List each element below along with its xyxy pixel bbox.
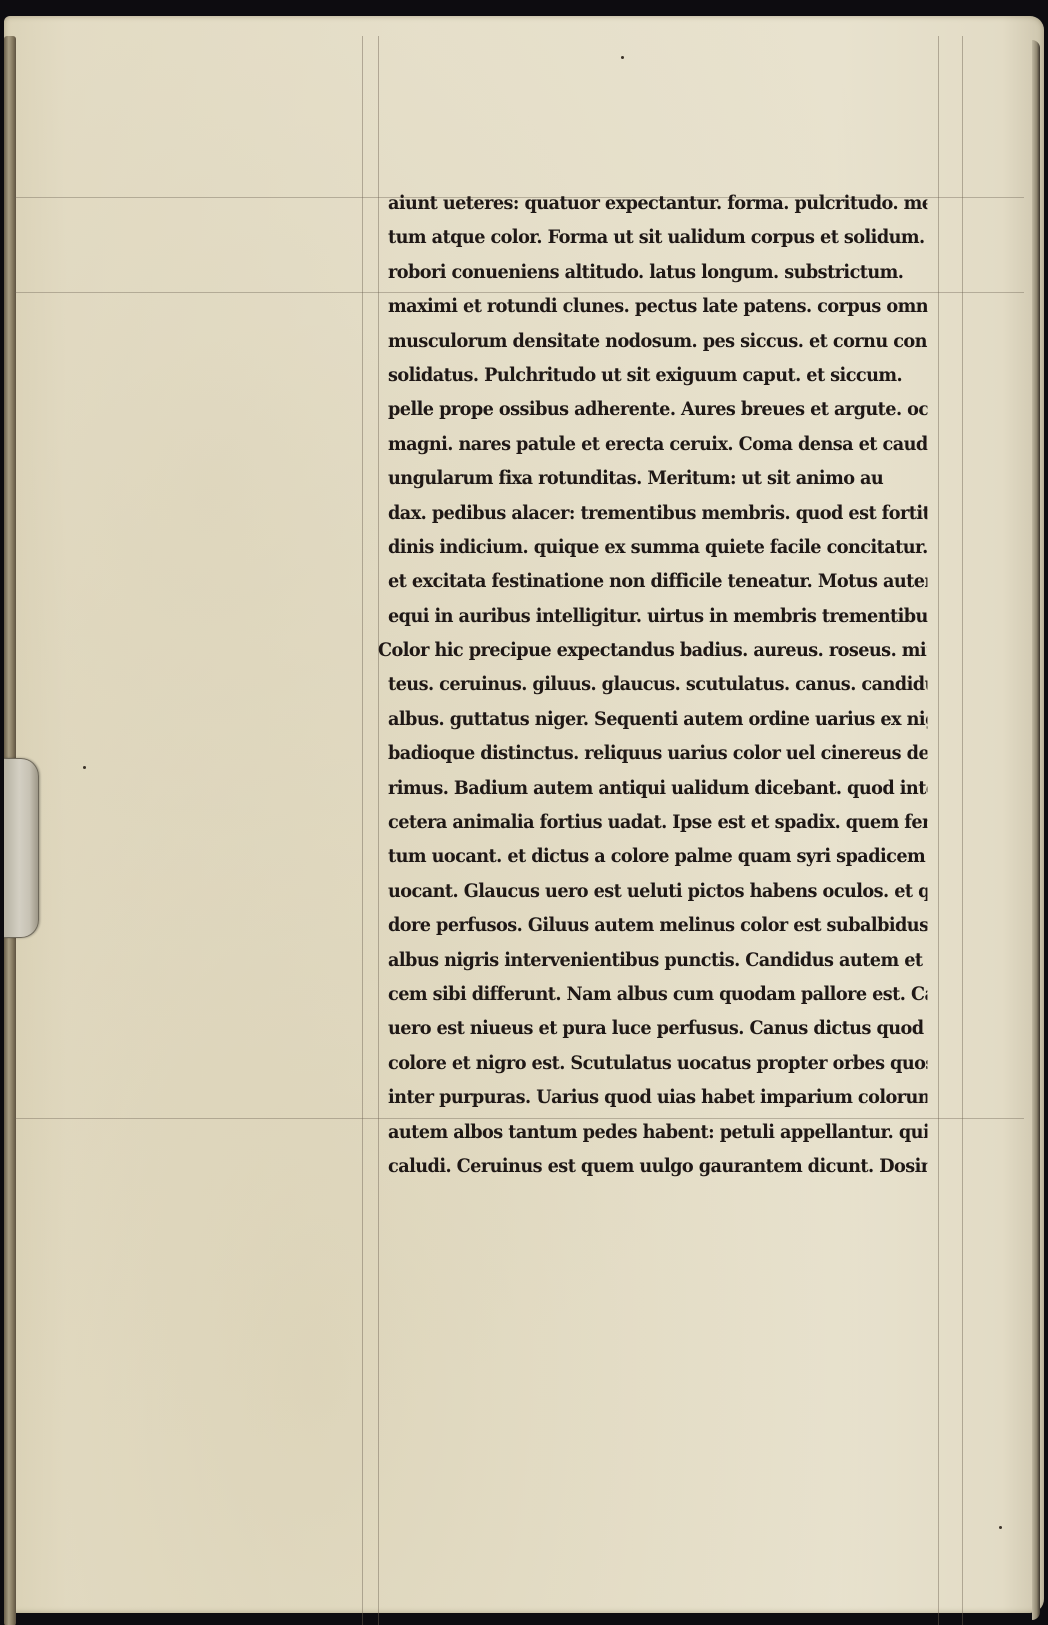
manuscript-page: aiunt ueteres: quatuor expectantur. form… (4, 16, 1044, 1613)
text-line: et excitata festinatione non difficile t… (388, 564, 927, 598)
text-line: badioque distinctus. reliquus uarius col… (388, 736, 927, 770)
text-line: ungularum fixa rotunditas. Meritum: ut s… (388, 461, 927, 495)
text-line: robori conueniens altitudo. latus longum… (388, 255, 927, 289)
text-line: cem sibi differunt. Nam albus cum quodam… (388, 977, 927, 1011)
text-line-color-heading: Color hic precipue expectandus badius. a… (378, 633, 927, 667)
text-line: solidatus. Pulchritudo ut sit exiguum ca… (388, 358, 927, 392)
text-line: tum uocant. et dictus a colore palme qua… (388, 839, 927, 873)
text-line: cetera animalia fortius uadat. Ipse est … (388, 805, 927, 839)
text-line: caludi. Ceruinus est quem uulgo gaurante… (388, 1149, 927, 1183)
ink-speck (999, 1526, 1002, 1529)
text-line: tum atque color. Forma ut sit ualidum co… (388, 220, 927, 254)
text-line: albus nigris intervenientibus punctis. C… (388, 943, 927, 977)
fore-edge (1032, 40, 1040, 1620)
text-line: colore et nigro est. Scutulatus uocatus … (388, 1046, 927, 1080)
text-line: magni. nares patule et erecta ceruix. Co… (388, 427, 927, 461)
text-line: pelle prope ossibus adherente. Aures bre… (388, 392, 927, 426)
text-line: teus. ceruinus. giluus. glaucus. scutula… (388, 667, 927, 701)
text-line: dinis indicium. quique ex summa quiete f… (388, 530, 927, 564)
ruling-vertical-left-outer (362, 36, 363, 1625)
text-line: aiunt ueteres: quatuor expectantur. form… (388, 186, 927, 220)
text-line: maximi et rotundi clunes. pectus late pa… (388, 289, 927, 323)
text-line: inter purpuras. Uarius quod uias habet i… (388, 1080, 927, 1114)
text-line: musculorum densitate nodosum. pes siccus… (388, 324, 927, 358)
text-line: rimus. Badium autem antiqui ualidum dice… (388, 771, 927, 805)
text-line: uocant. Glaucus uero est ueluti pictos h… (388, 874, 927, 908)
ruling-vertical-left-inner (378, 36, 379, 1625)
ink-speck (621, 56, 624, 59)
text-line: albus. guttatus niger. Sequenti autem or… (388, 702, 927, 736)
text-line: dore perfusos. Giluus autem melinus colo… (388, 908, 927, 942)
text-line: uero est niueus et pura luce perfusus. C… (388, 1011, 927, 1045)
text-line: equi in auribus intelligitur. uirtus in … (388, 599, 927, 633)
text-line: dax. pedibus alacer: trementibus membris… (388, 496, 927, 530)
clasp-tab (4, 758, 39, 938)
text-line: autem albos tantum pedes habent: petuli … (388, 1115, 927, 1149)
text-column: aiunt ueteres: quatuor expectantur. form… (388, 186, 968, 1183)
ink-speck (83, 766, 86, 769)
